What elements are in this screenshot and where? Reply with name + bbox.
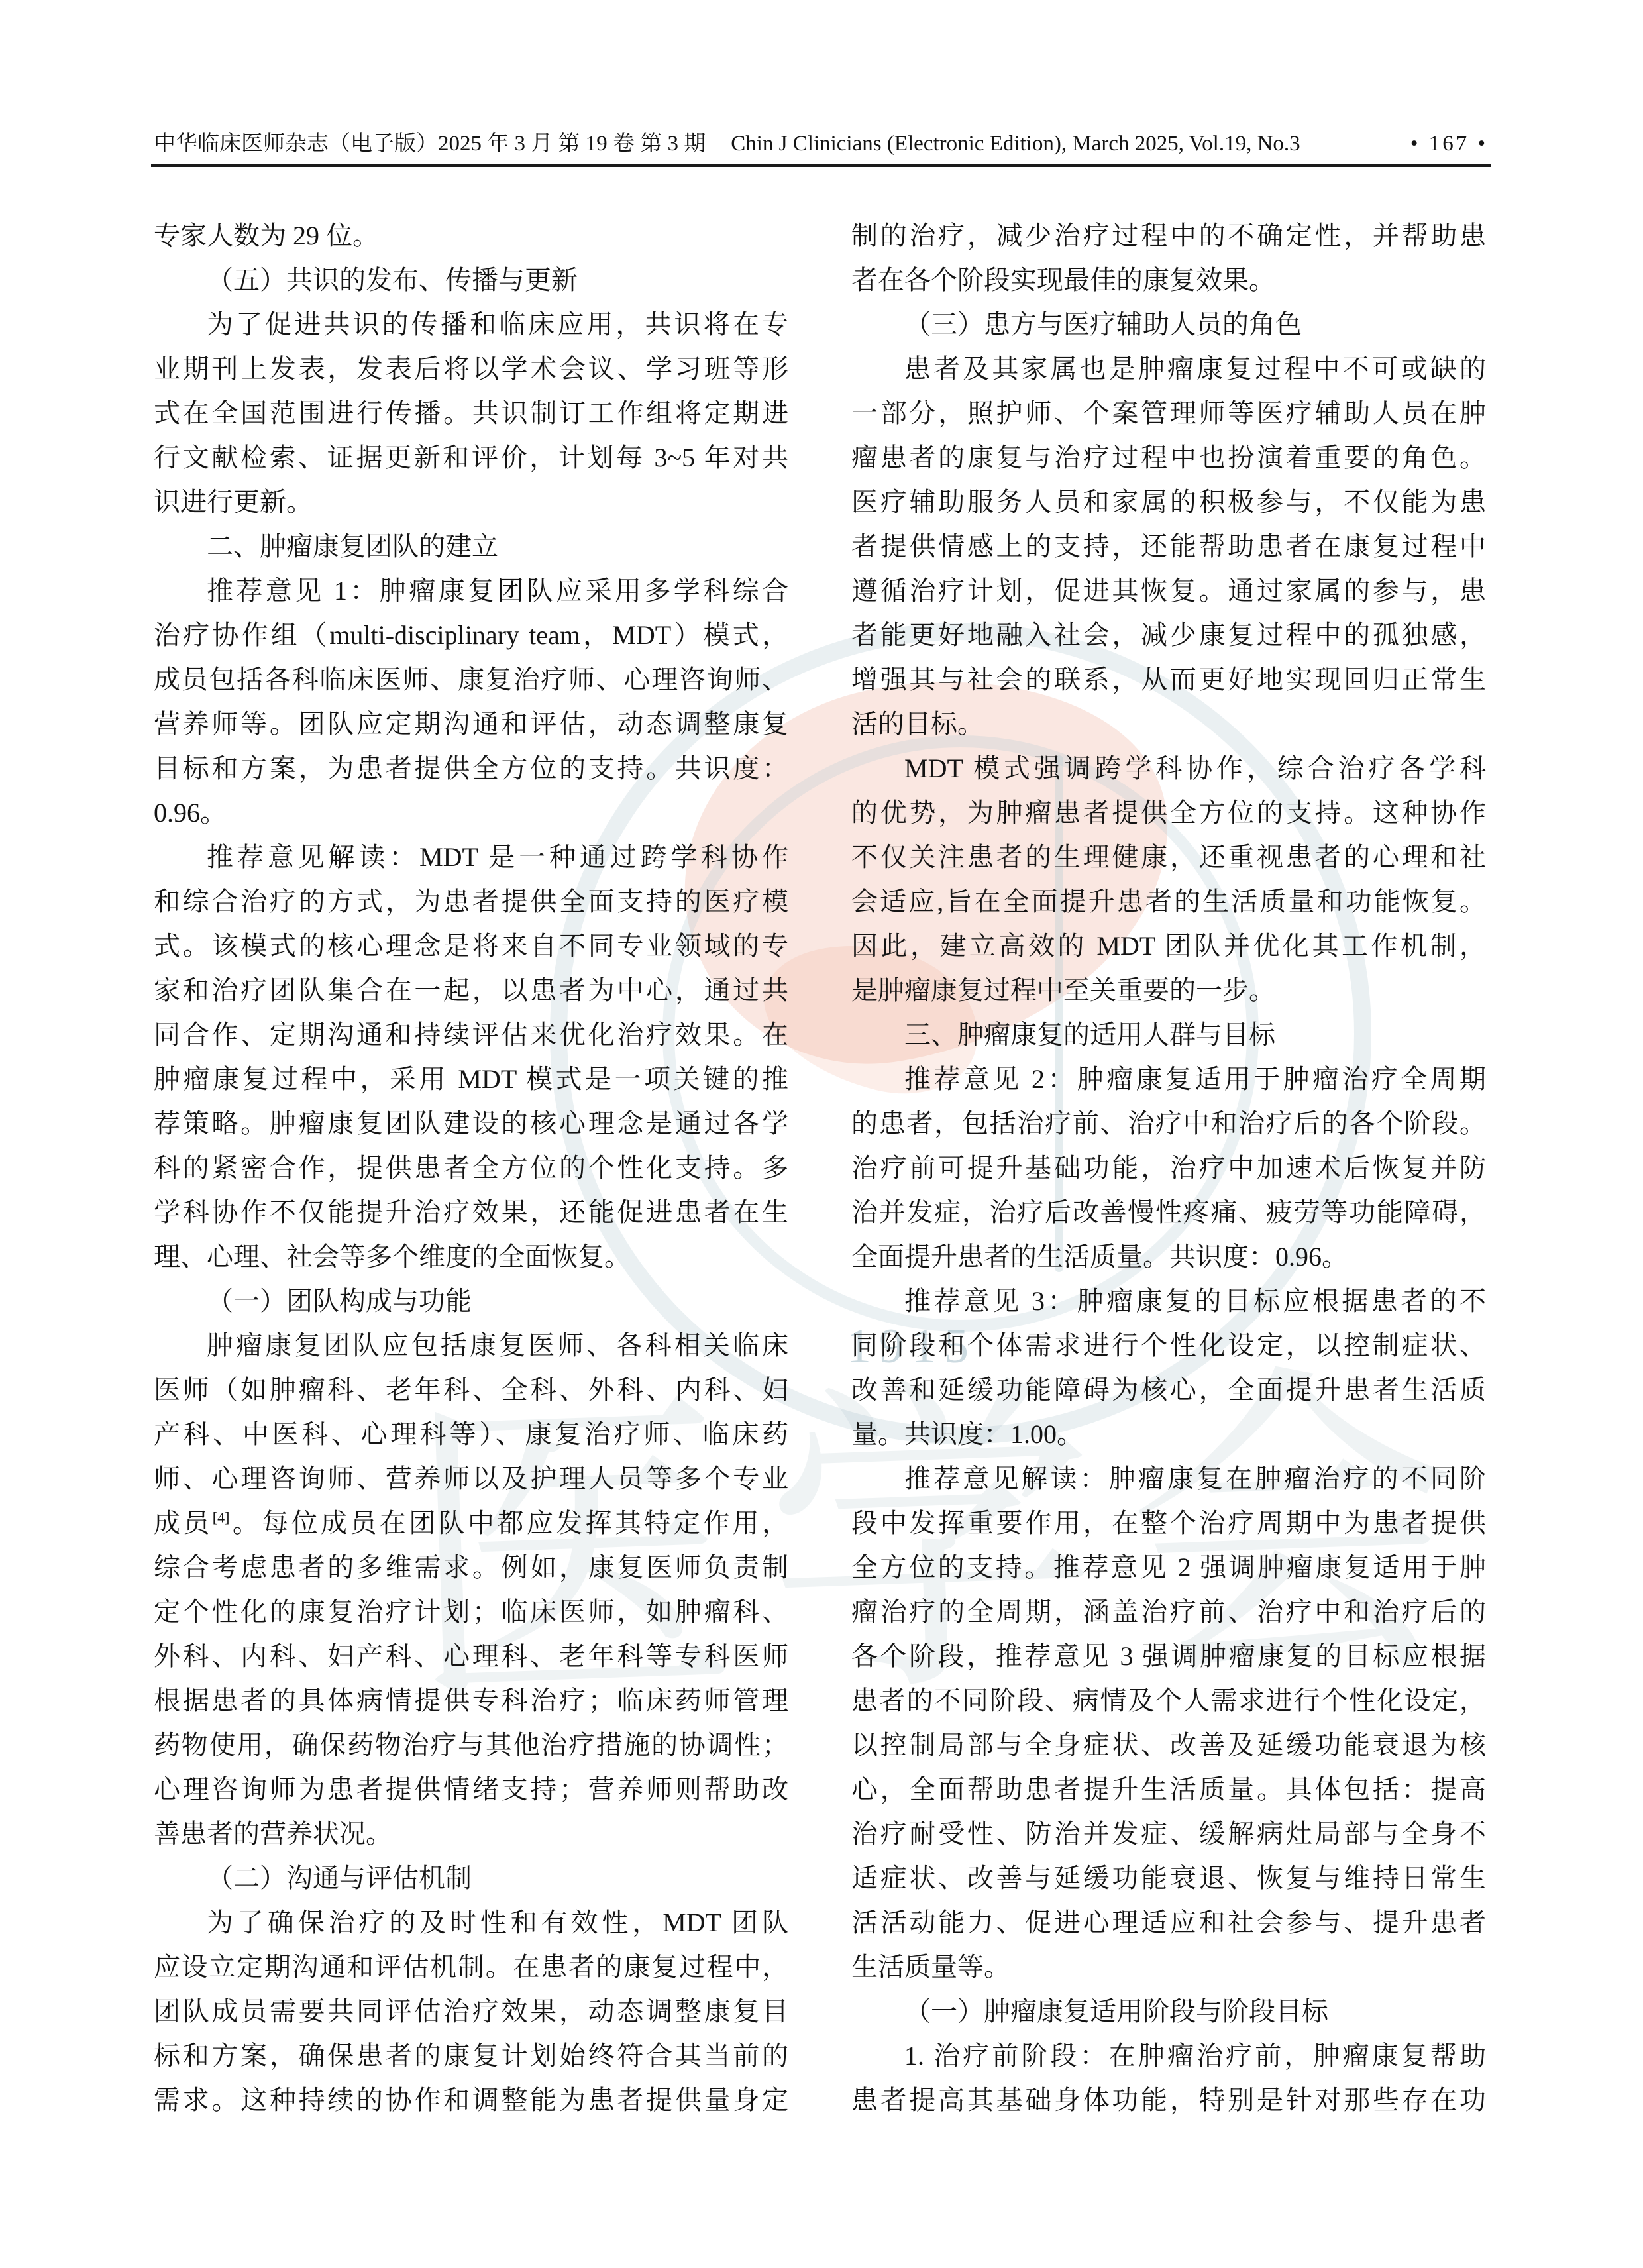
text-line: 因此，建立高效的 MDT 团队并优化其工作机制，	[851, 924, 1486, 968]
text-line: 改善和延缓功能障碍为核心，全面提升患者生活质	[851, 1368, 1486, 1412]
text-line: 产科、中医科、心理科等）、康复治疗师、临床药	[154, 1412, 788, 1456]
text-line: 专家人数为 29 位。	[154, 213, 788, 258]
text-line: 式在全国范围进行传播。共识制订工作组将定期进	[154, 391, 788, 435]
right-column: 制的治疗，减少治疗过程中的不确定性，并帮助患者在各个阶段实现最佳的康复效果。（三…	[851, 213, 1486, 2122]
text-line: 量。共识度：1.00。	[851, 1412, 1486, 1456]
text-line: 推荐意见 3：肿瘤康复的目标应根据患者的不	[851, 1279, 1486, 1323]
text-line: 不仅关注患者的生理健康，还重视患者的心理和社	[851, 835, 1486, 879]
text-line: 瘤患者的康复与治疗过程中也扮演着重要的角色。	[851, 435, 1486, 480]
text-line: 推荐意见解读：肿瘤康复在肿瘤治疗的不同阶	[851, 1456, 1486, 1501]
text-line: 目标和方案，为患者提供全方位的支持。共识度：	[154, 746, 788, 790]
text-line: 同合作、定期沟通和持续评估来优化治疗效果。在	[154, 1012, 788, 1057]
text-line: （五）共识的发布、传播与更新	[154, 258, 788, 302]
text-line: 会适应,旨在全面提升患者的生活质量和功能恢复。	[851, 879, 1486, 924]
text-line: 治疗协作组（multi-disciplinary team，MDT）模式，	[154, 613, 788, 657]
text-line: 以控制局部与全身症状、改善及延缓功能衰退为核	[851, 1723, 1486, 1767]
text-line: 生活质量等。	[851, 1945, 1486, 1989]
text-line: 标和方案，确保患者的康复计划始终符合其当前的	[154, 2033, 788, 2078]
text-line: 治疗前可提升基础功能，治疗中加速术后恢复并防	[851, 1146, 1486, 1190]
text-line: 遵循治疗计划，促进其恢复。通过家属的参与，患	[851, 568, 1486, 613]
text-line: （一）团队构成与功能	[154, 1279, 788, 1323]
text-line: 业期刊上发表，发表后将以学术会议、学习班等形	[154, 347, 788, 391]
text-line: 外科、内科、妇产科、心理科、老年科等专科医师	[154, 1634, 788, 1678]
text-line: 增强其与社会的联系，从而更好地实现回归正常生	[851, 657, 1486, 702]
text-line: 荐策略。肿瘤康复团队建设的核心理念是通过各学	[154, 1101, 788, 1146]
text-line: 学科协作不仅能提升治疗效果，还能促进患者在生	[154, 1190, 788, 1234]
text-line: 推荐意见 2：肿瘤康复适用于肿瘤治疗全周期	[851, 1057, 1486, 1101]
left-column: 专家人数为 29 位。（五）共识的发布、传播与更新为了促进共识的传播和临床应用，…	[154, 213, 788, 2122]
text-line: 0.96。	[154, 790, 788, 835]
text-line: 识进行更新。	[154, 480, 788, 524]
text-line: 二、肿瘤康复团队的建立	[154, 524, 788, 568]
text-line: 者提供情感上的支持，还能帮助患者在康复过程中	[851, 524, 1486, 568]
text-line: MDT 模式强调跨学科协作，综合治疗各学科	[851, 746, 1486, 790]
text-line: 心理咨询师为患者提供情绪支持；营养师则帮助改	[154, 1767, 788, 1811]
text-line: 者能更好地融入社会，减少康复过程中的孤独感，	[851, 613, 1486, 657]
text-line: （一）肿瘤康复适用阶段与阶段目标	[851, 1989, 1486, 2033]
text-line: 全方位的支持。推荐意见 2 强调肿瘤康复适用于肿	[851, 1545, 1486, 1590]
text-line: 1. 治疗前阶段：在肿瘤治疗前，肿瘤康复帮助	[851, 2033, 1486, 2078]
text-line: 者在各个阶段实现最佳的康复效果。	[851, 258, 1486, 302]
text-line: 和综合治疗的方式，为患者提供全面支持的医疗模	[154, 879, 788, 924]
text-line: 的优势，为肿瘤患者提供全方位的支持。这种协作	[851, 790, 1486, 835]
text-line: （二）沟通与评估机制	[154, 1856, 788, 1900]
page-number: • 167 •	[1410, 132, 1488, 156]
text-line: 医疗辅助服务人员和家属的积极参与，不仅能为患	[851, 480, 1486, 524]
text-line: 治疗耐受性、防治并发症、缓解病灶局部与全身不	[851, 1811, 1486, 1856]
text-line: （三）患方与医疗辅助人员的角色	[851, 302, 1486, 347]
text-line: 治并发症，治疗后改善慢性疼痛、疲劳等功能障碍，	[851, 1190, 1486, 1234]
text-line: 药物使用，确保药物治疗与其他治疗措施的协调性；	[154, 1723, 788, 1767]
text-line: 段中发挥重要作用，在整个治疗周期中为患者提供	[851, 1501, 1486, 1545]
text-line: 成员包括各科临床医师、康复治疗师、心理咨询师、	[154, 657, 788, 702]
text-line: 适症状、改善与延缓功能衰退、恢复与维持日常生	[851, 1856, 1486, 1900]
text-line: 是肿瘤康复过程中至关重要的一步。	[851, 968, 1486, 1012]
text-line: 患者的不同阶段、病情及个人需求进行个性化设定，	[851, 1678, 1486, 1723]
text-line: 三、肿瘤康复的适用人群与目标	[851, 1012, 1486, 1057]
text-line: 同阶段和个体需求进行个性化设定，以控制症状、	[851, 1323, 1486, 1368]
text-line: 定个性化的康复治疗计划；临床医师，如肿瘤科、	[154, 1590, 788, 1634]
text-line: 患者提高其基础身体功能，特别是针对那些存在功	[851, 2078, 1486, 2122]
text-line: 肿瘤康复过程中，采用 MDT 模式是一项关键的推	[154, 1057, 788, 1101]
text-line: 瘤治疗的全周期，涵盖治疗前、治疗中和治疗后的	[851, 1590, 1486, 1634]
text-line: 肿瘤康复团队应包括康复医师、各科相关临床	[154, 1323, 788, 1368]
text-line: 行文献检索、证据更新和评价，计划每 3~5 年对共	[154, 435, 788, 480]
header-rule	[151, 164, 1491, 167]
text-line: 各个阶段，推荐意见 3 强调肿瘤康复的目标应根据	[851, 1634, 1486, 1678]
journal-title-cn: 中华临床医师杂志（电子版）2025 年 3 月 第 19 卷 第 3 期	[154, 126, 706, 157]
text-line: 成员[4]。每位成员在团队中都应发挥其特定作用，	[154, 1501, 788, 1545]
text-line: 师、心理咨询师、营养师以及护理人员等多个专业	[154, 1456, 788, 1501]
text-line: 应设立定期沟通和评估机制。在患者的康复过程中，	[154, 1945, 788, 1989]
text-line: 善患者的营养状况。	[154, 1811, 788, 1856]
text-line: 式。该模式的核心理念是将来自不同专业领域的专	[154, 924, 788, 968]
text-line: 推荐意见 1：肿瘤康复团队应采用多学科综合	[154, 568, 788, 613]
text-line: 团队成员需要共同评估治疗效果，动态调整康复目	[154, 1989, 788, 2033]
text-line: 为了确保治疗的及时性和有效性，MDT 团队	[154, 1900, 788, 1945]
text-line: 制的治疗，减少治疗过程中的不确定性，并帮助患	[851, 213, 1486, 258]
text-line: 推荐意见解读：MDT 是一种通过跨学科协作	[154, 835, 788, 879]
text-line: 需求。这种持续的协作和调整能为患者提供量身定	[154, 2078, 788, 2122]
journal-title-en: Chin J Clinicians (Electronic Edition), …	[731, 132, 1300, 156]
text-line: 为了促进共识的传播和临床应用，共识将在专	[154, 302, 788, 347]
text-line: 营养师等。团队应定期沟通和评估，动态调整康复	[154, 702, 788, 746]
text-line: 活活动能力、促进心理适应和社会参与、提升患者	[851, 1900, 1486, 1945]
text-line: 的患者，包括治疗前、治疗中和治疗后的各个阶段。	[851, 1101, 1486, 1146]
page-header: 中华临床医师杂志（电子版）2025 年 3 月 第 19 卷 第 3 期 Chi…	[154, 126, 1488, 157]
text-line: 心，全面帮助患者提升生活质量。具体包括：提高	[851, 1767, 1486, 1811]
text-line: 医师（如肿瘤科、老年科、全科、外科、内科、妇	[154, 1368, 788, 1412]
text-line: 一部分，照护师、个案管理师等医疗辅助人员在肿	[851, 391, 1486, 435]
text-line: 根据患者的具体病情提供专科治疗；临床药师管理	[154, 1678, 788, 1723]
text-line: 全面提升患者的生活质量。共识度：0.96。	[851, 1234, 1486, 1279]
text-line: 理、心理、社会等多个维度的全面恢复。	[154, 1234, 788, 1279]
text-line: 科的紧密合作，提供患者全方位的个性化支持。多	[154, 1146, 788, 1190]
text-line: 患者及其家属也是肿瘤康复过程中不可或缺的	[851, 347, 1486, 391]
text-line: 活的目标。	[851, 702, 1486, 746]
text-line: 综合考虑患者的多维需求。例如，康复医师负责制	[154, 1545, 788, 1590]
text-line: 家和治疗团队集合在一起，以患者为中心，通过共	[154, 968, 788, 1012]
